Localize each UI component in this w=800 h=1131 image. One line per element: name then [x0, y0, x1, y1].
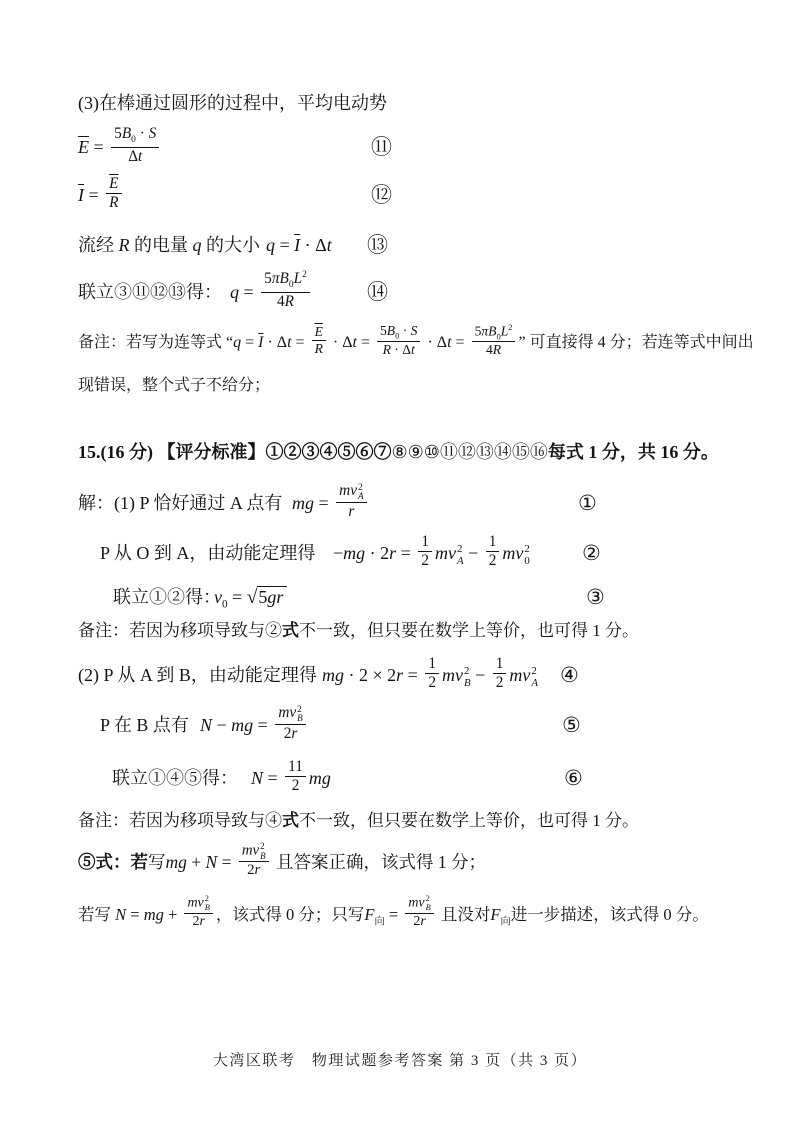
eq12-formula: I = ER — [78, 171, 125, 219]
answer-sheet-page: (3)在棒通过圆形的过程中，平均电动势 E = 5B0 · SΔt ⑪ I = … — [0, 0, 800, 1131]
page-footer: 大湾区联考 物理试题参考答案 第 3 页（共 3 页） — [0, 1049, 800, 1070]
sol6-number: ⑥ — [564, 766, 583, 790]
sol6-formula: N = 112mg — [251, 754, 331, 802]
sol3-label: 联立①②得： — [113, 573, 221, 621]
eq13-formula: q = I · Δt — [266, 221, 332, 269]
sol1-number: ① — [578, 491, 597, 515]
sol4-number: ④ — [560, 663, 579, 687]
q15-heading-circles-light: ⑧⑨⑩⑪⑫⑬⑭⑮⑯ — [392, 442, 548, 462]
section3-note-line1: 备注：若写为连等式 “q = I · Δt = ER · Δt = 5B0 · … — [78, 319, 754, 367]
sol2-label: P 从 O 到 A，由动能定理得 — [100, 529, 315, 577]
sol2-number: ② — [582, 541, 601, 565]
sol5-label: P 在 B 点有 — [100, 701, 189, 749]
q15-heading-circles-bold: ①②③④⑤⑥⑦ — [266, 442, 392, 462]
q15-rule-line1: ⑤式：若写mg + N = mv2B2r 且答案正确，该式得 1 分； — [78, 838, 486, 886]
eq13-number: ⑬ — [367, 233, 388, 257]
eq12-number: ⑫ — [371, 183, 392, 207]
sol6-label: 联立①④⑤得： — [112, 754, 238, 802]
eq11-number: ⑪ — [371, 135, 392, 159]
q15-rule-line2: 若写 N = mg + mv2B2r，该式得 0 分；只写F向 = mv2B2r… — [78, 891, 709, 939]
section3-note-line2: 现错误，整个式子不给分； — [78, 375, 270, 397]
q15-heading-prefix: 15.(16 分) 【评分标准】 — [78, 442, 266, 462]
sol1-label: 解：(1) P 恰好通过 A 点有 — [78, 479, 282, 527]
q15-note2: 备注：若因为移项导致与④式不一致，但只要在数学上等价，也可得 1 分。 — [78, 810, 639, 832]
q15-heading-suffix: 每式 1 分，共 16 分。 — [548, 442, 719, 462]
section3-intro: (3)在棒通过圆形的过程中，平均电动势 — [78, 92, 387, 114]
sol4-formula: mg · 2 × 2r = 12mv2B − 12mv2A — [322, 651, 538, 699]
eq14-number: ⑭ — [367, 280, 388, 304]
eq13-label: 流经 R 的电量 q 的大小 — [78, 221, 260, 269]
q15-heading: 15.(16 分) 【评分标准】①②③④⑤⑥⑦⑧⑨⑩⑪⑫⑬⑭⑮⑯每式 1 分，共… — [78, 441, 719, 463]
eq11-formula: E = 5B0 · SΔt — [78, 123, 162, 171]
eq14-formula: q = 5πB0L24R — [230, 268, 313, 316]
sol3-formula: v0 = √5gr — [214, 573, 287, 621]
sol4-label: (2) P 从 A 到 B，由动能定理得 — [78, 651, 317, 699]
sol5-number: ⑤ — [562, 713, 581, 737]
q15-note1: 备注：若因为移项导致与②式不一致，但只要在数学上等价，也可得 1 分。 — [78, 620, 639, 642]
sol2-formula: −mg · 2r = 12mv2A − 12mv20 — [333, 529, 530, 577]
sol3-number: ③ — [586, 585, 605, 609]
eq14-label: 联立③⑪⑫⑬得： — [78, 268, 222, 316]
sol1-formula: mg = mv2Ar — [292, 479, 370, 527]
sol5-formula: N − mg = mv2B2r — [200, 701, 309, 749]
